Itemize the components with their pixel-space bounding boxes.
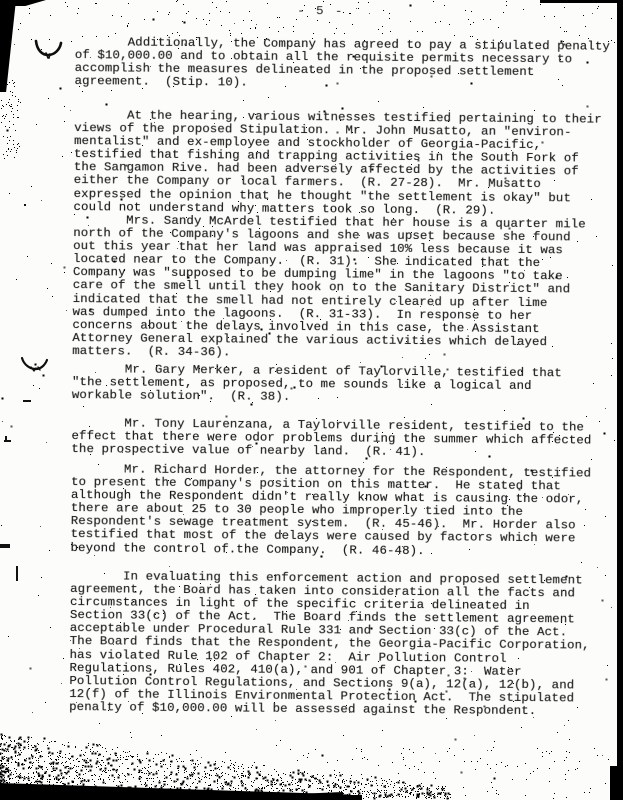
pen-check-mark-icon [33, 38, 65, 60]
page-number: - 5 - [297, 4, 344, 18]
scanned-document-page: - 5 - Additionally, the Company has agre… [0, 0, 623, 800]
paragraph-stipulated-penalty: Additionally, the Company has agreed to … [75, 36, 623, 93]
scan-edge-right [617, 0, 623, 800]
paragraph-mcardel-testimony: Mrs. Sandy McArdel testified that her ho… [72, 214, 621, 363]
pen-check-mark-icon [20, 355, 50, 375]
stray-ink-dot [24, 204, 26, 206]
stray-ink-tick [5, 436, 7, 442]
paragraph-laurenzana-testimony: Mr. Tony Laurenzana, a Taylorville resid… [71, 417, 619, 461]
scan-noise-bottom-left [0, 0, 1, 1]
scan-edge-right-notch [610, 766, 623, 800]
stray-ink-bar [16, 566, 18, 581]
paragraph-horder-testimony: Mr. Richard Horder, the attorney for the… [70, 463, 619, 559]
paragraph-merker-testimony: Mr. Gary Merker, a resident of Taylorvil… [72, 363, 620, 407]
stray-ink-dash [0, 544, 10, 548]
scan-edge-top-right [540, 0, 623, 3]
typewriter-text-layer: - 5 - Additionally, the Company has agre… [0, 0, 623, 800]
paragraph-board-findings: In evaluating this enforcement action an… [69, 570, 618, 719]
stray-ink-dash [23, 400, 31, 402]
paragraph-hearing-musatto: At the hearing, various witnesses testif… [73, 109, 622, 219]
